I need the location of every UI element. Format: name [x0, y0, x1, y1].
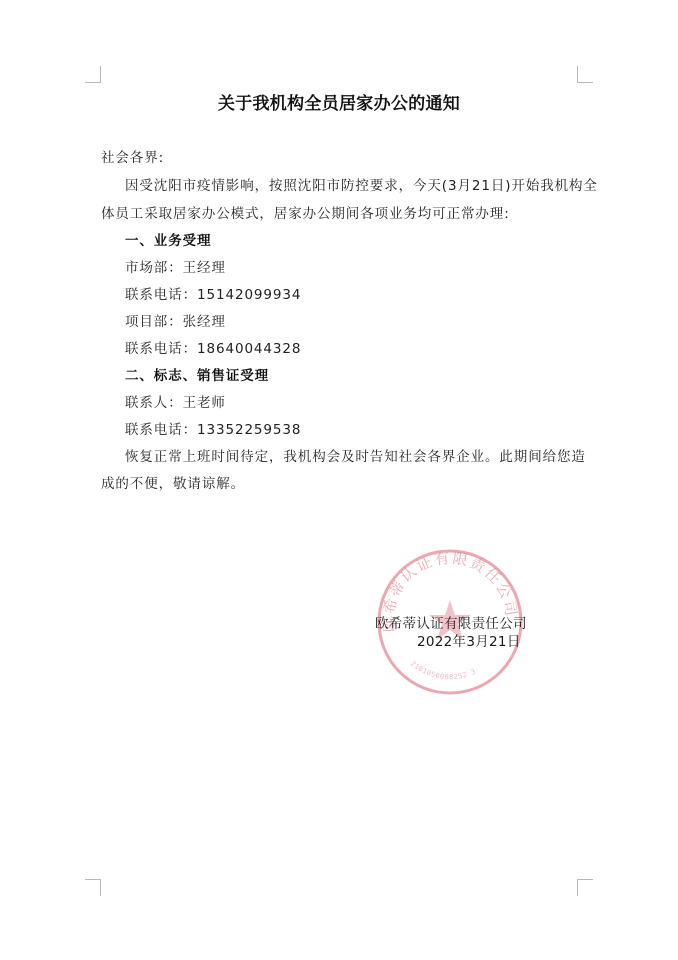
signature-company: 欧希蒂认证有限责任公司	[375, 612, 527, 632]
document-title: 关于我机构全员居家办公的通知	[0, 89, 678, 114]
section-2-item: 联系电话：13352259538	[125, 421, 301, 439]
section-1-heading: 一、业务受理	[125, 232, 211, 250]
section-1-item: 联系电话：15142099934	[125, 286, 301, 304]
closing-line-2: 成的不便，敬请谅解。	[101, 475, 245, 493]
section-2-heading: 二、标志、销售证受理	[125, 367, 269, 385]
paragraph-1-line-2: 体员工采取居家办公模式，居家办公期间各项业务均可正常办理:	[101, 205, 510, 223]
section-1-item: 项目部：张经理	[125, 313, 226, 331]
crop-mark-top-left	[85, 66, 101, 83]
crop-mark-bottom-left	[85, 879, 101, 896]
section-2-item: 联系人：王老师	[125, 394, 226, 412]
salutation: 社会各界:	[101, 149, 164, 167]
paragraph-1-line-1: 因受沈阳市疫情影响，按照沈阳市防控要求，今天(3月21日)开始我机构全	[125, 177, 598, 195]
crop-mark-top-right	[577, 66, 593, 83]
closing-line-1: 恢复正常上班时间待定，我机构会及时告知社会各界企业。此期间给您造	[125, 448, 586, 466]
svg-text:2101050008252 3: 2101050008252 3	[409, 659, 477, 681]
section-1-item: 市场部：王经理	[125, 259, 226, 277]
seal-number: 2101050008252 3	[409, 659, 477, 681]
crop-mark-bottom-right	[577, 879, 593, 896]
signature-date: 2022年3月21日	[417, 630, 521, 650]
section-1-item: 联系电话：18640044328	[125, 340, 301, 358]
